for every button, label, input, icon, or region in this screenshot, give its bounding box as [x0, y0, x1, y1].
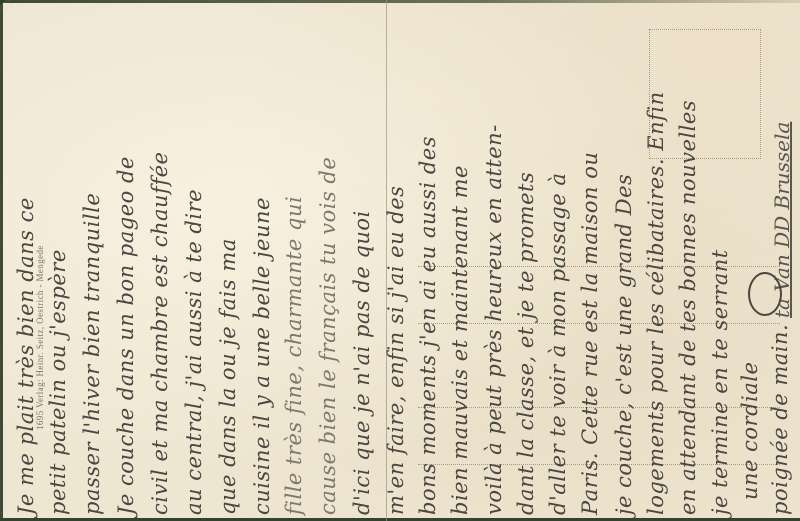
- handwritten-line: civil et ma chambre est chauffée: [148, 152, 172, 515]
- handwritten-line: voilà à peut près heureux en atten-: [482, 124, 506, 515]
- handwritten-line: d'ici que je n'ai pas de quoi: [350, 210, 374, 515]
- card-edge-top: [0, 0, 800, 3]
- handwritten-line: je couche, c'est une grand Des: [612, 174, 636, 515]
- handwritten-line: bons moments j'en ai eu aussi des: [416, 136, 440, 515]
- handwritten-line: poignée de main.: [768, 324, 792, 515]
- handwritten-line: fille très fine, charmante qui: [282, 196, 306, 515]
- initial-flourish: [748, 272, 782, 316]
- handwritten-line: en attendant de tes bonnes nouvelles: [676, 100, 700, 515]
- handwritten-line: bien mauvais et maintenant me: [448, 165, 472, 515]
- handwritten-line: que dans la ou je fais ma: [216, 238, 240, 515]
- card-edge-left: [0, 0, 3, 521]
- handwritten-line: Paris. Cette rue est la maison ou: [578, 152, 602, 515]
- handwritten-line: m'en faire, enfin si j'ai eu des: [384, 186, 408, 515]
- handwritten-line: d'aller te voir à mon passage à: [546, 173, 570, 515]
- handwritten-line: petit patelin ou j'espère: [46, 249, 70, 515]
- handwritten-line: je termine en te serrant: [708, 249, 732, 515]
- postcard-back: 1695 Verlag: Heinr. Seitz, Oestrich - Me…: [0, 0, 800, 521]
- handwritten-line: logements pour les célibataires. Enfin: [644, 91, 668, 515]
- handwritten-line: dant la classe, et je te promets: [514, 172, 538, 515]
- handwritten-line: passer l'hiver bien tranquille: [80, 193, 104, 515]
- handwritten-line: Je me plait très bien dans ce: [14, 197, 38, 515]
- handwritten-line: cause bien le français tu vois de: [316, 157, 340, 515]
- handwritten-line: au central, j'ai aussi à te dire: [182, 189, 206, 515]
- handwritten-line: cuisine il y a une belle jeune: [250, 197, 274, 515]
- handwritten-line: Je couche dans un bon pageo de: [114, 156, 138, 515]
- handwritten-line: une cordiale: [738, 362, 762, 500]
